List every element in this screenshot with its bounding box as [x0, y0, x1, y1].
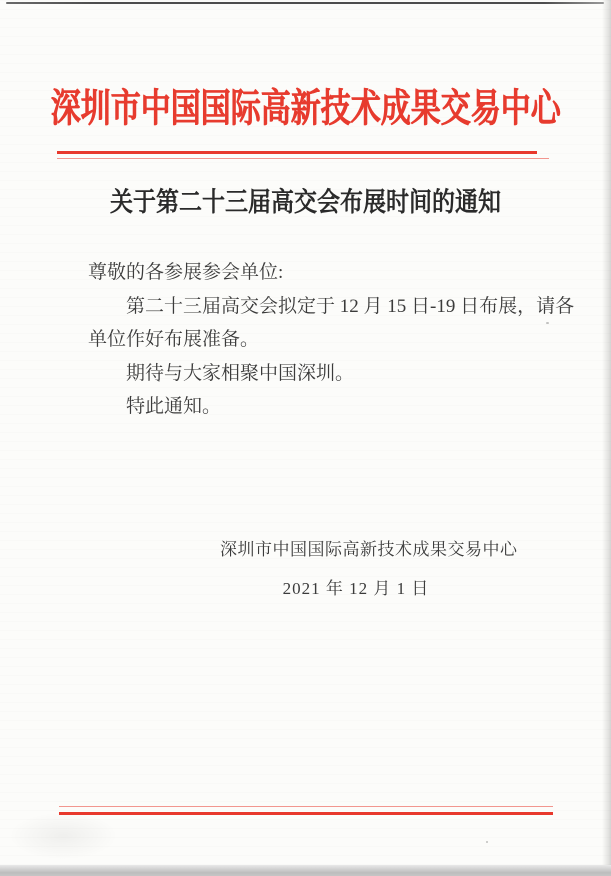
letterhead-rule-thick: [57, 151, 537, 154]
notice-body: 尊敬的各参展参会单位: 第二十三届高交会拟定于 12 月 15 日-19 日布展…: [88, 256, 533, 424]
footer-rule-thick: [59, 812, 553, 815]
notice-title: 关于第二十三届高交会布展时间的通知: [0, 185, 611, 222]
body-line: 单位作好布展准备。: [88, 323, 533, 357]
body-line: 第二十三届高交会拟定于 12 月 15 日-19 日布展，请各: [88, 290, 533, 324]
body-line: 特此通知。: [88, 390, 533, 424]
letterhead-title: 深圳市中国国际高新技术成果交易中心: [0, 76, 611, 144]
body-line: 期待与大家相聚中国深圳。: [88, 357, 533, 391]
footer-rule-thin: [59, 806, 553, 807]
salutation: 尊敬的各参展参会单位:: [88, 256, 533, 290]
scan-edge-top: [6, 2, 604, 4]
scanned-notice-page: 深圳市中国国际高新技术成果交易中心 关于第二十三届高交会布展时间的通知 尊敬的各…: [0, 0, 611, 876]
scan-shadow-blotch: [8, 812, 118, 860]
signature-org: 深圳市中国国际高新技术成果交易中心: [220, 535, 492, 560]
closing-block: 深圳市中国国际高新技术成果交易中心 2021 年 12 月 1 日: [220, 535, 492, 599]
signature-date: 2021 年 12 月 1 日: [220, 574, 492, 599]
scan-speck: [486, 841, 488, 843]
letterhead-rule-thin: [57, 158, 549, 159]
scan-edge-bottom: [0, 865, 611, 876]
